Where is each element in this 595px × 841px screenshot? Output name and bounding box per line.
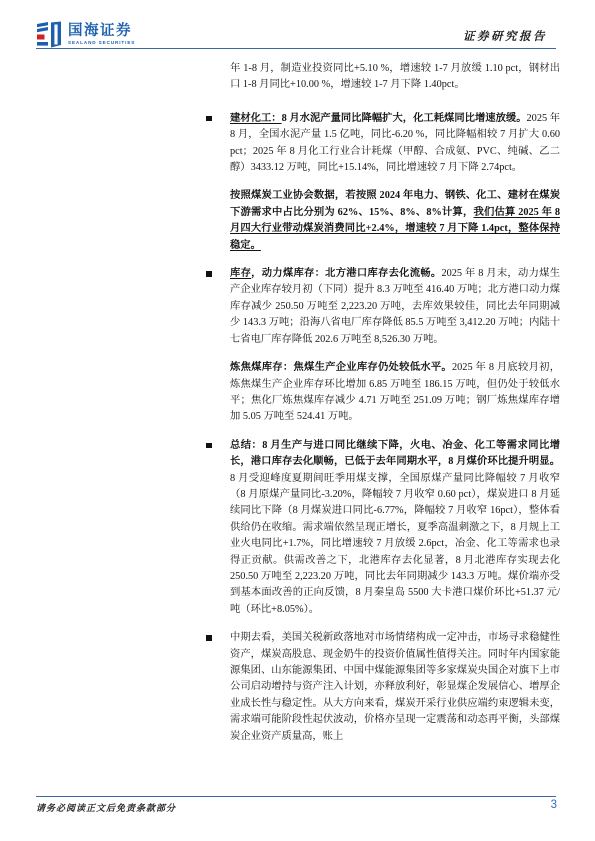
paragraph-text-segment: 年 1-8 月，制造业投资同比+5.10 %，增速较 1-7 月放缓 1.10 … xyxy=(230,63,560,90)
paragraph-text-segment: 2025 年 8 月末，动力煤生产企业库存较月初（下同）提升 8.3 万吨至 4… xyxy=(230,268,560,345)
body-paragraph: 中期去看，美国关税新政落地对市场情绪构成一定冲击，市场寻求稳健性资产，煤炭高股息… xyxy=(204,630,560,745)
bullet-marker-icon xyxy=(206,271,212,277)
bullet-marker-icon xyxy=(206,443,212,449)
body-paragraph: 库存，动力煤库存：北方港口库存去化流畅。2025 年 8 月末，动力煤生产企业库… xyxy=(204,266,560,348)
paragraph-text-segment: ，动力煤库存：北方港口库存去化流畅。 xyxy=(251,268,441,279)
logo-en-label: SEALAND SECURITIES xyxy=(68,40,135,45)
body-paragraph: 建材化工：8 月水泥产量同比降幅扩大，化工耗煤同比增速放缓。2025 年 8 月… xyxy=(204,111,560,177)
document-body: 年 1-8 月，制造业投资同比+5.10 %，增速较 1-7 月放缓 1.10 … xyxy=(204,61,560,757)
report-type-label: 证券研究报告 xyxy=(463,28,547,44)
paragraph-text-segment: 库存 xyxy=(230,268,251,279)
logo-text: 国海证券 SEALAND SECURITIES xyxy=(68,24,135,46)
footer-divider xyxy=(36,796,556,797)
paragraph-text-segment: 8 月水泥产量同比降幅扩大，化工耗煤同比增速放缓。 xyxy=(282,113,527,124)
logo-cn-label: 国海证券 xyxy=(68,24,135,39)
body-paragraph: 炼焦煤库存：焦煤生产企业库存仍处较低水平。2025 年 8 月底较月初，炼焦煤生… xyxy=(204,360,560,426)
body-paragraph: 总结：8 月生产与进口同比继续下降，火电、冶金、化工等需求同比增长，港口库存去化… xyxy=(204,438,560,618)
footer-disclaimer: 请务必阅读正文后免责条款部分 xyxy=(36,801,176,814)
sealand-logo: 国海证券 SEALAND SECURITIES xyxy=(36,21,135,48)
page-number: 3 xyxy=(551,799,557,811)
bullet-marker-icon xyxy=(206,116,212,122)
report-page: 国海证券 SEALAND SECURITIES 证券研究报告 年 1-8 月，制… xyxy=(0,0,595,841)
body-paragraph: 年 1-8 月，制造业投资同比+5.10 %，增速较 1-7 月放缓 1.10 … xyxy=(204,61,560,94)
paragraph-text-segment: 8 月受迎峰度夏期间旺季用煤支撑，全国原煤产量同比降幅较 7 月收窄（8 月原煤… xyxy=(230,473,560,615)
paragraph-text-segment: 中期去看，美国关税新政落地对市场情绪构成一定冲击，市场寻求稳健性资产，煤炭高股息… xyxy=(230,632,560,741)
paragraph-text-segment: 建材化工： xyxy=(230,113,282,124)
header-divider xyxy=(36,48,556,49)
bullet-marker-icon xyxy=(206,635,212,641)
paragraph-text-segment: 炼焦煤库存：焦煤生产企业库存仍处较低水平。 xyxy=(230,362,452,373)
paragraph-text-segment: 总结：8 月生产与进口同比继续下降，火电、冶金、化工等需求同比增长，港口库存去化… xyxy=(230,440,560,467)
body-paragraph: 按照煤炭工业协会数据，若按照 2024 年电力、钢铁、化工、建材在煤炭下游需求中… xyxy=(204,188,560,254)
sealand-logo-icon xyxy=(36,21,63,48)
